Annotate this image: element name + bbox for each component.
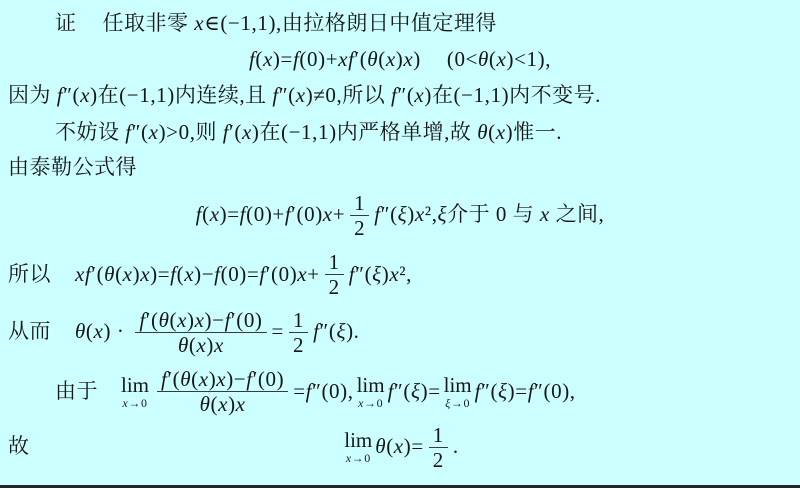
- fraction: 12: [350, 192, 369, 240]
- line-conclusion: 故limx→0θ(x)=12.: [0, 424, 800, 472]
- math-text: f″(ξ)=: [388, 378, 441, 406]
- limit-word: lim: [357, 375, 385, 396]
- text-run: 所以: [8, 261, 51, 289]
- math-text: x→0: [358, 396, 383, 410]
- text-run: ,则: [190, 119, 223, 147]
- math-text: f″(ξ)x²,: [349, 261, 412, 289]
- fraction: 12: [429, 424, 448, 472]
- spacer: [51, 332, 75, 333]
- fraction-numerator: 1: [325, 251, 344, 275]
- math-text: ξ: [438, 201, 448, 229]
- math-text: θ(x)=: [375, 433, 423, 461]
- line-wlog-monotone: 不妨设 f″(x)>0,则 f′(x)在(−1,1)内严格单增,故 θ(x)惟一…: [0, 119, 800, 147]
- math-text: f″(ξ).: [313, 318, 359, 346]
- text-run: 故: [8, 434, 30, 458]
- math-text: 1: [293, 308, 304, 332]
- line-youyu-limits: 由于limx→0f′(θ(x)x)−f′(0)θ(x)x=f″(0),limx→…: [0, 368, 800, 416]
- spacer: [421, 59, 447, 60]
- math-text: 2: [354, 216, 365, 240]
- math-text: f(x)=f(0)+f′(0)x+: [196, 201, 346, 229]
- math-text: x→0: [122, 396, 147, 410]
- limit-operator: limx→0: [121, 375, 149, 409]
- math-text: .: [453, 433, 459, 461]
- text-run: 之间,: [550, 201, 605, 229]
- math-text: θ(x) ·: [75, 318, 130, 346]
- math-text: (−1,1): [453, 82, 509, 110]
- math-text: 1: [329, 250, 340, 274]
- limit-word: lim: [344, 430, 372, 451]
- spacer: [51, 274, 75, 275]
- spacer: [98, 391, 118, 392]
- limit-subscript: x→0: [358, 397, 383, 409]
- math-text: (−1,1): [119, 82, 175, 110]
- fraction-denominator: 2: [289, 333, 308, 356]
- math-text: 2: [433, 448, 444, 472]
- fraction-denominator: 2: [350, 216, 369, 239]
- text-run: ,所以: [337, 82, 392, 110]
- limit-subscript: x→0: [346, 452, 371, 464]
- math-text: (−1,1): [281, 119, 337, 147]
- math-text: f′(x): [223, 119, 260, 147]
- text-run: 不妨设: [55, 119, 125, 147]
- math-text: f′(θ(x)x)−f′(0): [161, 367, 284, 391]
- text-run: 内连续,且: [175, 82, 273, 110]
- limit-operator: limξ→0: [444, 375, 472, 409]
- math-text: x→0: [346, 451, 371, 465]
- math-text: f′(θ(x)x)−f′(0): [139, 308, 262, 332]
- fraction: 12: [289, 309, 308, 357]
- text-run: 由泰勒公式得: [8, 154, 137, 182]
- line-taylor-intro: 由泰勒公式得: [0, 154, 800, 182]
- text-run: 证: [55, 10, 77, 38]
- fraction-denominator: θ(x)x: [174, 333, 228, 356]
- math-text: θ(x): [477, 119, 513, 147]
- fraction-numerator: f′(θ(x)x)−f′(0): [135, 309, 266, 333]
- math-text: x: [540, 201, 550, 229]
- math-text: θ(x)x: [178, 333, 224, 357]
- fraction-denominator: 2: [325, 275, 344, 298]
- math-text: =: [272, 318, 284, 346]
- line-proof-intro: 证任取非零 x∈(−1,1),由拉格朗日中值定理得: [0, 10, 800, 38]
- math-text: x∈(−1,1),: [194, 10, 282, 38]
- math-text: f″(x): [391, 82, 432, 110]
- proof-page: 证任取非零 x∈(−1,1),由拉格朗日中值定理得f(x)=f(0)+xf′(θ…: [0, 0, 800, 488]
- text-run: 惟一.: [513, 119, 562, 147]
- line-suoyi-equation: 所以xf′(θ(x)x)=f(x)−f(0)=f′(0)x+12f″(ξ)x²,: [0, 251, 800, 299]
- math-text: f″(ξ)=f″(0),: [475, 378, 576, 406]
- fraction-numerator: 1: [350, 192, 369, 216]
- math-text: ξ→0: [445, 396, 470, 410]
- text-run: 内严格单增,故: [337, 119, 478, 147]
- limit-operator: limx→0: [344, 430, 372, 464]
- line-mvt-formula: f(x)=f(0)+xf′(θ(x)x)(0<θ(x)<1),: [0, 46, 800, 74]
- math-text: f″(x): [57, 82, 98, 110]
- fraction-denominator: θ(x)x: [196, 392, 250, 415]
- text-run: 任取非零: [103, 10, 195, 38]
- math-text: 2: [329, 275, 340, 299]
- math-text: 1: [433, 423, 444, 447]
- math-content: 证任取非零 x∈(−1,1),由拉格朗日中值定理得f(x)=f(0)+xf′(θ…: [0, 10, 800, 471]
- math-text: θ(x)x: [200, 392, 246, 416]
- limit-subscript: x→0: [122, 397, 147, 409]
- math-text: f″(ξ)x²,: [374, 201, 437, 229]
- fraction: f′(θ(x)x)−f′(0)θ(x)x: [135, 309, 266, 357]
- math-text: xf′(θ(x)x)=f(x)−f(0)=f′(0)x+: [75, 261, 320, 289]
- text-run: 由拉格朗日中值定理得: [282, 10, 497, 38]
- math-text: (0<θ(x)<1),: [447, 46, 551, 74]
- fraction: f′(θ(x)x)−f′(0)θ(x)x: [157, 368, 288, 416]
- fraction: 12: [325, 251, 344, 299]
- text-run: 在: [98, 82, 120, 110]
- text-run: 介于 0 与: [447, 201, 540, 229]
- line-sign-invariance: 因为 f″(x)在(−1,1)内连续,且 f″(x)≠0,所以 f″(x)在(−…: [0, 82, 800, 110]
- limit-operator: limx→0: [357, 375, 385, 409]
- text-run: 在: [432, 82, 454, 110]
- line-taylor-formula: f(x)=f(0)+f′(0)x+12f″(ξ)x²,ξ介于 0 与 x 之间,: [0, 192, 800, 240]
- pinned-left-label: 故: [8, 433, 30, 461]
- spacer: [77, 23, 103, 24]
- text-run: 从而: [8, 318, 51, 346]
- limit-word: lim: [444, 375, 472, 396]
- math-text: 2: [293, 333, 304, 357]
- math-text: f″(x)>0: [125, 119, 189, 147]
- text-run: 由于: [55, 378, 98, 406]
- math-text: 1: [354, 191, 365, 215]
- fraction-numerator: 1: [429, 424, 448, 448]
- limit-word: lim: [121, 375, 149, 396]
- math-text: f″(x)≠0: [272, 82, 336, 110]
- limit-subscript: ξ→0: [445, 397, 470, 409]
- text-run: 在: [259, 119, 281, 147]
- math-text: f(x)=f(0)+xf′(θ(x)x): [249, 46, 421, 74]
- line-conger-equation: 从而θ(x) · f′(θ(x)x)−f′(0)θ(x)x=12f″(ξ).: [0, 309, 800, 357]
- text-run: 内不变号.: [509, 82, 601, 110]
- math-text: =f″(0),: [293, 378, 353, 406]
- text-run: 因为: [8, 82, 57, 110]
- fraction-numerator: 1: [289, 309, 308, 333]
- fraction-numerator: f′(θ(x)x)−f′(0): [157, 368, 288, 392]
- fraction-denominator: 2: [429, 448, 448, 471]
